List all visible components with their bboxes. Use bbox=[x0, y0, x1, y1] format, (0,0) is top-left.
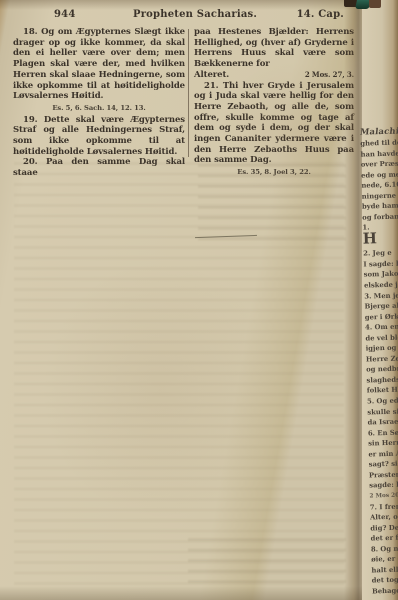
book-cover-brown-edge bbox=[369, 0, 381, 8]
column-divider-rule bbox=[188, 29, 189, 157]
next-page-text-fragment: er min Ære? bbox=[368, 448, 398, 460]
left-column: 18. Og om Ægypternes Slægt ikke drager o… bbox=[13, 27, 185, 179]
verse-21: 21. Thi hver Gryde i Jerusalem og i Juda… bbox=[194, 81, 354, 167]
next-page-text-fragment: elskede jeg J bbox=[364, 280, 398, 292]
next-page-text-fragment: halt eller S bbox=[371, 564, 398, 576]
next-page-text-fragment: 5. Og eder bbox=[367, 395, 398, 407]
running-title: Propheten Sacharias. bbox=[133, 9, 257, 20]
next-page-text-fragment: og nedbryde, bbox=[366, 364, 398, 376]
next-page-text-fragment: 6. En Søn bbox=[368, 427, 398, 439]
next-page-text-fragment: Behageli bbox=[372, 585, 398, 597]
next-page-text-fragment: Herre Zebao bbox=[366, 353, 398, 365]
book-page-photo: 944 Propheten Sacharias. 14. Cap. 18. Og… bbox=[0, 0, 398, 600]
next-page-text-fragment: nede, 6.10. bbox=[361, 180, 398, 192]
verse-20-line-end: Alteret. bbox=[194, 70, 229, 81]
chapter-header: 14. Cap. bbox=[297, 9, 344, 20]
next-page-text-fragment: de vel blevn bbox=[365, 332, 398, 344]
next-page-text-fragment: det tog frem ti bbox=[372, 575, 398, 587]
next-page-text-fragment: 4. Om enb bbox=[365, 322, 398, 334]
next-page-text-fragment: sin Herre; bbox=[368, 438, 398, 450]
next-page-text-fragment: sagde: hvorm bbox=[369, 480, 398, 492]
verse-20-continuation: paa Hestenes Bjælder: Herrens Hellighed,… bbox=[194, 27, 354, 70]
next-page-text-fragment: Bjerge aldele bbox=[364, 301, 398, 313]
next-page-text-fragment: sagt? siger d bbox=[369, 459, 398, 471]
next-page-text-fragment: igjen og bygg bbox=[366, 343, 398, 355]
reverse-side-bleed-through bbox=[188, 538, 346, 590]
verse-18: 18. Og om Ægypternes Slægt ikke drager o… bbox=[13, 27, 185, 102]
right-column: paa Hestenes Bjælder: Herrens Hellighed,… bbox=[194, 27, 354, 179]
page-number: 944 bbox=[54, 9, 75, 20]
next-page-text-fragment: da Israels L bbox=[367, 417, 398, 429]
next-page-text-fragment: H bbox=[363, 230, 398, 248]
scanned-page: 944 Propheten Sacharias. 14. Cap. 18. Og… bbox=[0, 0, 356, 600]
next-page-text-fragment: 2 Mos 20, 1 bbox=[369, 490, 398, 502]
next-page-text-fragment: og forbandet bbox=[362, 211, 398, 223]
next-page-text-fragment: skulle sige: H bbox=[367, 406, 398, 418]
next-page-text-fragment: byde ham, bbox=[362, 201, 398, 213]
reverse-side-bleed-through bbox=[198, 164, 346, 246]
next-page-text: Malachiasghed til dehan havde fover Præs… bbox=[360, 126, 398, 597]
cross-reference-18: Es. 5, 6. Sach. 14, 12. 13. bbox=[13, 103, 185, 114]
next-page-text-fragment: dig? Dermed, bbox=[370, 522, 398, 534]
next-page-edge: Malachiasghed til dehan havde fover Præs… bbox=[362, 0, 398, 600]
verse-20-last-line: Alteret. 2 Mos. 27, 3. bbox=[194, 70, 354, 81]
page-header: 944 Propheten Sacharias. 14. Cap. bbox=[0, 9, 356, 23]
next-page-text-fragment: slagheds La bbox=[366, 374, 398, 386]
next-page-text-fragment: Præster! som bbox=[369, 469, 398, 481]
next-page-text-fragment: det er foragteli bbox=[371, 533, 398, 545]
next-page-text-fragment: 7. I fremfø bbox=[370, 501, 398, 513]
next-page-text-fragment: Alter, og I s bbox=[370, 511, 398, 523]
next-page-text-fragment: 8. Og naar bbox=[371, 543, 398, 555]
next-page-text-fragment: øie, er det ikke bbox=[371, 554, 398, 566]
verse-19: 19. Dette skal være Ægypternes Straf og … bbox=[13, 115, 185, 158]
next-page-text-fragment: folket Herre bbox=[367, 385, 398, 397]
next-page-text-fragment: Malachias bbox=[360, 126, 398, 139]
next-page-text-fragment: ghed til de bbox=[360, 138, 398, 150]
next-page-text-fragment: over Præster bbox=[361, 159, 398, 171]
